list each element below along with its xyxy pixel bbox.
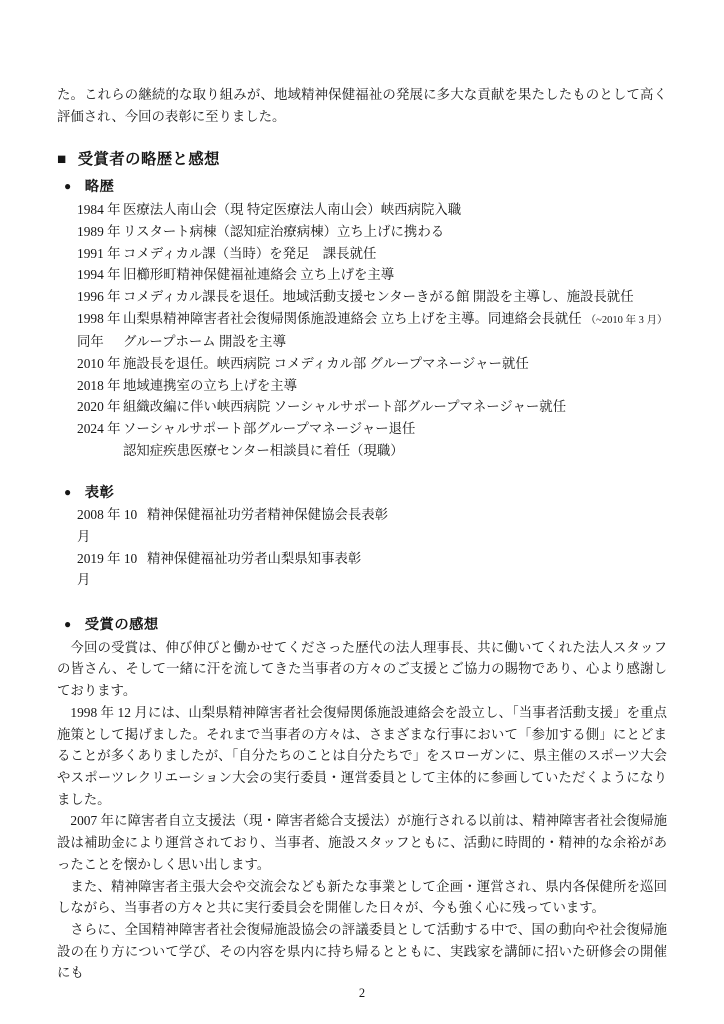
award-text: 精神保健福祉功労者精神保健協会長表彰 <box>147 504 388 526</box>
section-heading: ■受賞者の略歴と感想 <box>57 149 667 171</box>
square-bullet-icon: ■ <box>57 151 67 168</box>
career-text: 施設長を退任。峡西病院 コメディカル部 グループマネージャー就任 <box>123 353 529 375</box>
awards-list: 2008 年 10 月 精神保健福祉功労者精神保健協会長表彰 2019 年 10… <box>57 504 667 591</box>
awards-heading-label: 表彰 <box>85 485 115 501</box>
award-entry: 2008 年 10 月 精神保健福祉功労者精神保健協会長表彰 <box>57 504 667 547</box>
career-text: 認知症疾患医療センター相談員に着任（現職） <box>123 440 404 462</box>
circle-bullet-icon: ● <box>64 485 72 499</box>
award-date: 2008 年 10 月 <box>77 504 147 547</box>
career-text: ソーシャルサポート部グループマネージャー退任 <box>123 418 415 440</box>
career-entry: 1989 年 リスタート病棟（認知症治療病棟）立ち上げに携わる <box>57 221 667 243</box>
impressions-heading-label: 受賞の感想 <box>85 617 159 633</box>
impression-paragraph: さらに、全国精神障害者社会復帰施設協会の評議委員として活動する中で、国の動向や社… <box>57 919 667 984</box>
career-entry: 1996 年 コメディカル課長を退任。地域活動支援センターきがる館 開設を主導し… <box>57 286 667 308</box>
career-text: グループホーム 開設を主導 <box>123 331 286 353</box>
career-text: コメディカル課長を退任。地域活動支援センターきがる館 開設を主導し、施設長就任 <box>123 286 634 308</box>
career-year: 2010 年 <box>77 353 123 375</box>
career-text: 旧櫛形町精神保健福祉連絡会 立ち上げを主導 <box>123 264 394 286</box>
awards-section: ●表彰 2008 年 10 月 精神保健福祉功労者精神保健協会長表彰 2019 … <box>57 482 667 592</box>
career-text: 山梨県精神障害者社会復帰関係施設連絡会 立ち上げを主導。同連絡会長就任 <box>123 308 582 330</box>
career-year: 1994 年 <box>77 264 123 286</box>
career-entry: 1998 年 山梨県精神障害者社会復帰関係施設連絡会 立ち上げを主導。同連絡会長… <box>57 308 667 332</box>
career-year: 同年 <box>77 331 123 353</box>
intro-paragraph: た。これらの継続的な取り組みが、地域精神保健福祉の発展に多大な貢献を果たしたもの… <box>57 84 667 127</box>
page-number: 2 <box>0 985 724 1001</box>
impressions-heading: ●受賞の感想 <box>57 614 667 637</box>
career-year: 1989 年 <box>77 221 123 243</box>
career-entry: 1991 年 コメディカル課（当時）を発足 課長就任 <box>57 243 667 265</box>
career-year: 2020 年 <box>77 396 123 418</box>
impression-paragraph: 1998 年 12 月には、山梨県精神障害者社会復帰関係施設連絡会を設立し、「当… <box>57 702 667 811</box>
career-entry: 1984 年 医療法人南山会（現 特定医療法人南山会）峡西病院入職 <box>57 199 667 221</box>
career-entry: 2010 年 施設長を退任。峡西病院 コメディカル部 グループマネージャー就任 <box>57 353 667 375</box>
career-entry: 2018 年 地域連携室の立ち上げを主導 <box>57 375 667 397</box>
career-heading-label: 略歴 <box>85 179 115 195</box>
career-entry: 2024 年 ソーシャルサポート部グループマネージャー退任 <box>57 418 667 440</box>
circle-bullet-icon: ● <box>64 617 72 631</box>
career-text: 組織改編に伴い峡西病院 ソーシャルサポート部グループマネージャー就任 <box>123 396 566 418</box>
career-year: 1998 年 <box>77 308 123 330</box>
award-text: 精神保健福祉功労者山梨県知事表彰 <box>147 548 361 570</box>
career-section: ●略歴 1984 年 医療法人南山会（現 特定医療法人南山会）峡西病院入職 19… <box>57 176 667 461</box>
impression-paragraph: 今回の受賞は、伸び伸びと働かせてくださった歴代の法人理事長、共に働いてくれた法人… <box>57 637 667 702</box>
impression-paragraph: 2007 年に障害者自立支援法（現・障害者総合支援法）が施行される以前は、精神障… <box>57 810 667 875</box>
career-entry: 認知症疾患医療センター相談員に着任（現職） <box>57 440 667 462</box>
award-date: 2019 年 10 月 <box>77 548 147 591</box>
career-list: 1984 年 医療法人南山会（現 特定医療法人南山会）峡西病院入職 1989 年… <box>57 199 667 461</box>
career-text: 医療法人南山会（現 特定医療法人南山会）峡西病院入職 <box>123 199 461 221</box>
career-entry: 1994 年 旧櫛形町精神保健福祉連絡会 立ち上げを主導 <box>57 264 667 286</box>
impression-paragraph: また、精神障害者主張大会や交流会なども新たな事業として企画・運営され、県内各保健… <box>57 876 667 919</box>
document-page: { "document": { "intro_continuation": "た… <box>0 0 724 1024</box>
career-year: 2024 年 <box>77 418 123 440</box>
award-entry: 2019 年 10 月 精神保健福祉功労者山梨県知事表彰 <box>57 548 667 591</box>
career-text: リスタート病棟（認知症治療病棟）立ち上げに携わる <box>123 221 444 243</box>
career-year: 2018 年 <box>77 375 123 397</box>
career-heading: ●略歴 <box>57 176 667 199</box>
career-entry: 2020 年 組織改編に伴い峡西病院 ソーシャルサポート部グループマネージャー就… <box>57 396 667 418</box>
career-year: 1991 年 <box>77 243 123 265</box>
section-heading-label: 受賞者の略歴と感想 <box>78 151 220 168</box>
page-content: た。これらの継続的な取り組みが、地域精神保健福祉の発展に多大な貢献を果たしたもの… <box>57 84 667 984</box>
career-text: コメディカル課（当時）を発足 課長就任 <box>123 243 376 265</box>
career-entry: 同年 グループホーム 開設を主導 <box>57 331 667 353</box>
awards-heading: ●表彰 <box>57 482 667 505</box>
career-note: （~2010 年 3 月） <box>586 310 668 332</box>
impressions-section: ●受賞の感想 今回の受賞は、伸び伸びと働かせてくださった歴代の法人理事長、共に働… <box>57 614 667 984</box>
career-year: 1996 年 <box>77 286 123 308</box>
career-text: 地域連携室の立ち上げを主導 <box>123 375 297 397</box>
circle-bullet-icon: ● <box>64 179 72 193</box>
career-year: 1984 年 <box>77 199 123 221</box>
